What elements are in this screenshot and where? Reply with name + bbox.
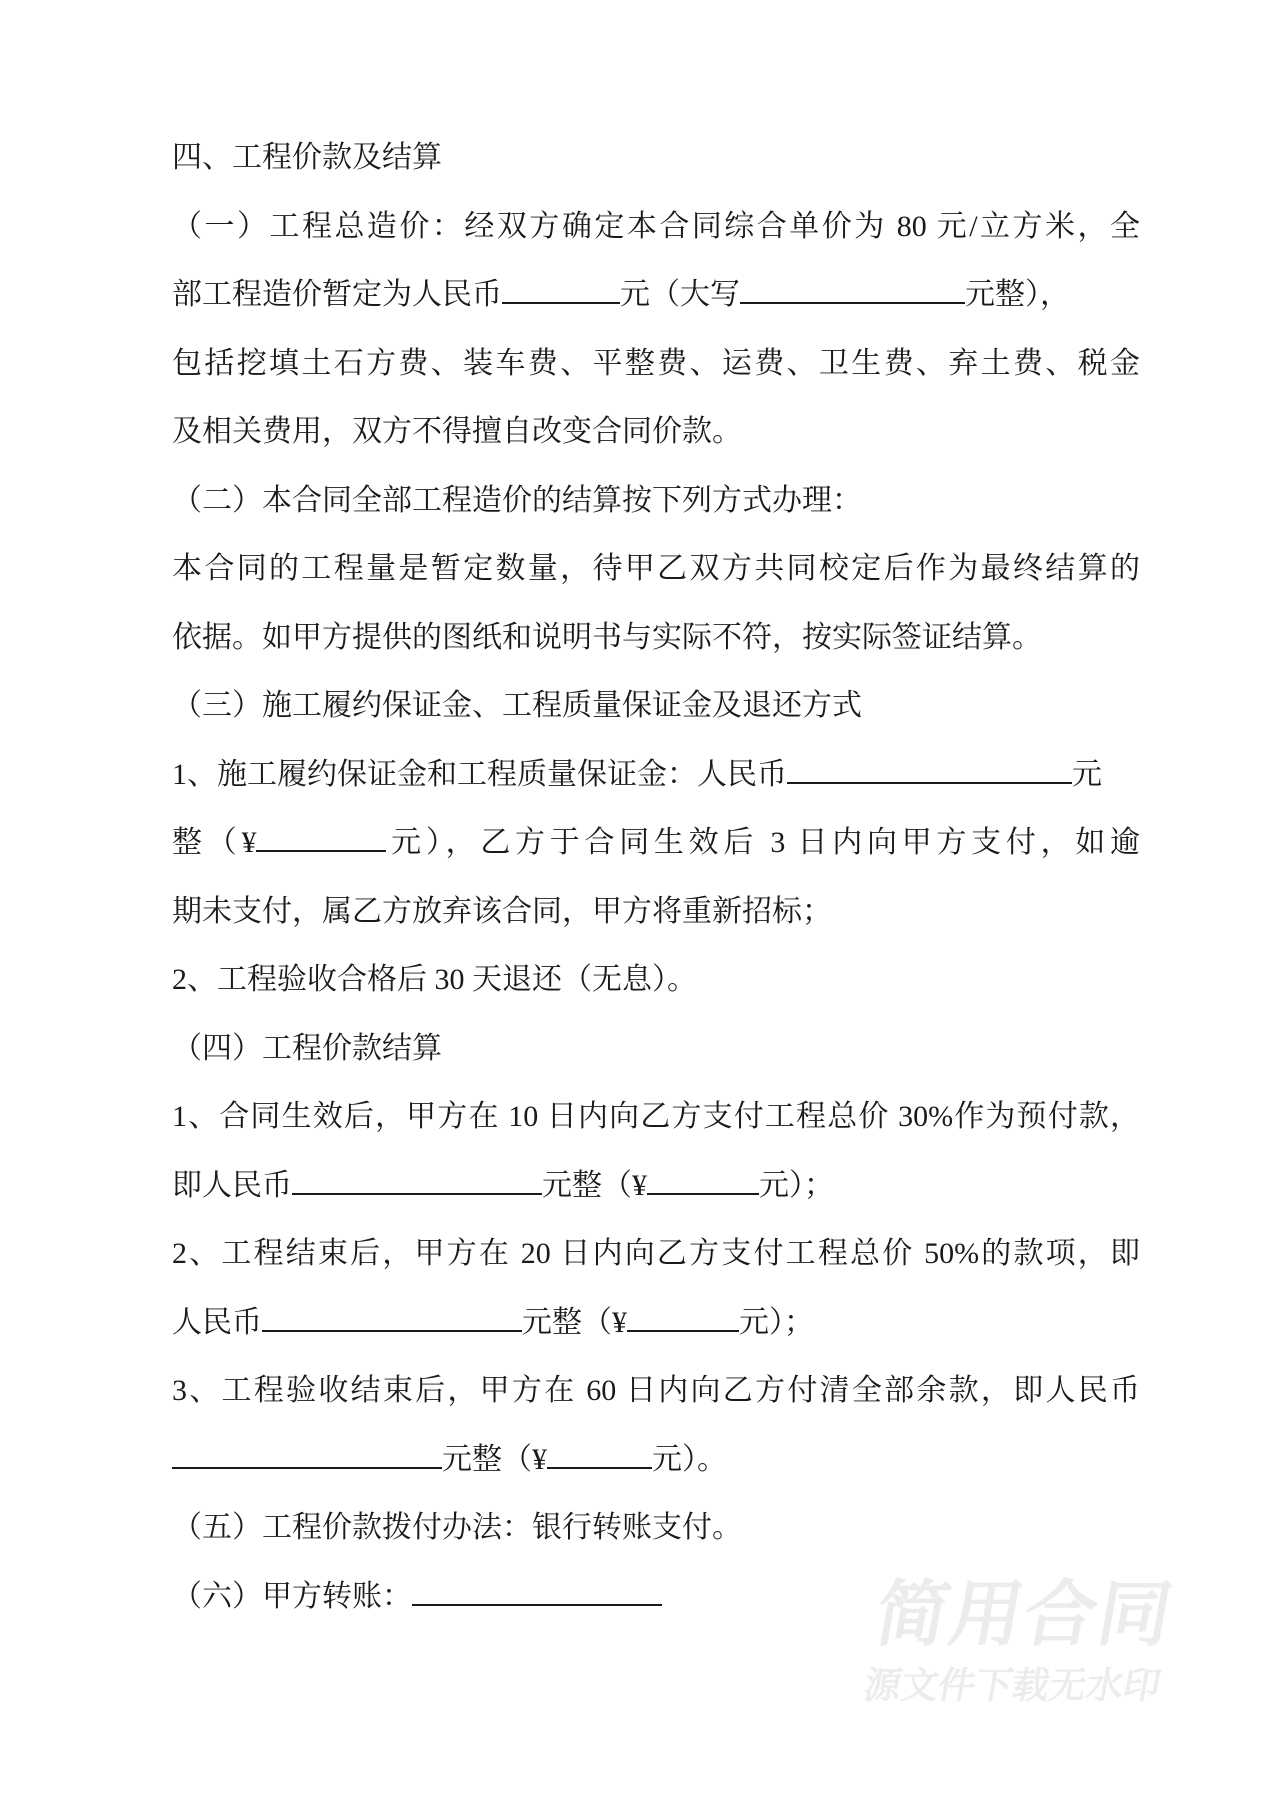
fill-in-blank — [547, 1457, 652, 1469]
document-line: 及相关费用，双方不得擅自改变合同价款。 — [172, 398, 1140, 467]
fill-in-blank — [787, 772, 1072, 784]
text-segment: （六）甲方转账： — [172, 1580, 412, 1613]
document-line: 人民币元整（¥元）； — [172, 1289, 1140, 1358]
fill-in-blank — [172, 1457, 442, 1469]
text-segment: 期未支付，属乙方放弃该合同，甲方将重新招标； — [172, 895, 832, 928]
document-line: （四）工程价款结算 — [172, 1015, 1140, 1084]
document-line: （二）本合同全部工程造价的结算按下列方式办理： — [172, 467, 1140, 536]
watermark-subtitle: 源文件下载无水印 — [861, 1666, 1198, 1706]
text-segment: 1、施工履约保证金和工程质量保证金：人民币 — [172, 758, 787, 791]
text-segment: 1、合同生效后，甲方在 10 日内向乙方支付工程总价 30%作为预付款， — [172, 1100, 1140, 1133]
document-line: （一）工程总造价：经双方确定本合同综合单价为 80 元/立方米，全 — [172, 193, 1140, 262]
text-segment: 本合同的工程量是暂定数量，待甲乙双方共同校定后作为最终结算的 — [172, 552, 1140, 585]
contract-page: 四、工程价款及结算（一）工程总造价：经双方确定本合同综合单价为 80 元/立方米… — [0, 0, 1280, 1810]
text-segment: （一）工程总造价：经双方确定本合同综合单价为 80 元/立方米，全 — [172, 210, 1140, 243]
document-line: 1、施工履约保证金和工程质量保证金：人民币元 — [172, 741, 1140, 810]
text-segment: 包括挖填土石方费、装车费、平整费、运费、卫生费、弃土费、税金 — [172, 347, 1140, 380]
text-segment: （五）工程价款拨付办法：银行转账支付。 — [172, 1511, 742, 1544]
fill-in-blank — [627, 1320, 739, 1332]
fill-in-blank — [412, 1594, 662, 1606]
watermark-title: 简用合同 — [870, 1578, 1213, 1652]
text-segment: 2、工程验收合格后 30 天退还（无息）。 — [172, 963, 697, 996]
text-segment: 部工程造价暂定为人民币 — [172, 278, 502, 311]
document-line: （五）工程价款拨付办法：银行转账支付。 — [172, 1494, 1140, 1563]
document-body: 四、工程价款及结算（一）工程总造价：经双方确定本合同综合单价为 80 元/立方米… — [172, 124, 1140, 1631]
document-line: 本合同的工程量是暂定数量，待甲乙双方共同校定后作为最终结算的 — [172, 535, 1140, 604]
text-segment: 及相关费用，双方不得擅自改变合同价款。 — [172, 415, 742, 448]
text-segment: 元）。 — [652, 1443, 727, 1476]
fill-in-blank — [740, 292, 965, 304]
text-segment: 元整）， — [965, 278, 1070, 311]
document-line: 3、工程验收结束后，甲方在 60 日内向乙方付清全部余款，即人民币 — [172, 1357, 1140, 1426]
document-line: 1、合同生效后，甲方在 10 日内向乙方支付工程总价 30%作为预付款， — [172, 1083, 1140, 1152]
text-segment: （三）施工履约保证金、工程质量保证金及退还方式 — [172, 689, 862, 722]
fill-in-blank — [256, 840, 386, 852]
document-line: 整（¥元），乙方于合同生效后 3 日内向甲方支付，如逾 — [172, 809, 1140, 878]
text-segment: 元（大写 — [620, 278, 740, 311]
fill-in-blank — [292, 1183, 542, 1195]
text-segment: 元整（¥ — [542, 1169, 647, 1202]
text-segment: （四）工程价款结算 — [172, 1032, 442, 1065]
text-segment: 3、工程验收结束后，甲方在 60 日内向乙方付清全部余款，即人民币 — [172, 1374, 1140, 1407]
text-segment: 元）； — [759, 1169, 834, 1202]
document-line: 即人民币元整（¥元）； — [172, 1152, 1140, 1221]
text-segment: 依据。如甲方提供的图纸和说明书与实际不符，按实际签证结算。 — [172, 621, 1042, 654]
text-segment: 元）； — [739, 1306, 814, 1339]
document-line: 依据。如甲方提供的图纸和说明书与实际不符，按实际签证结算。 — [172, 604, 1140, 673]
text-segment: 四、工程价款及结算 — [172, 141, 442, 174]
watermark: 简用合同 源文件下载无水印 — [861, 1578, 1214, 1706]
fill-in-blank — [647, 1183, 759, 1195]
document-line: 期未支付，属乙方放弃该合同，甲方将重新招标； — [172, 878, 1140, 947]
document-line: 2、工程验收合格后 30 天退还（无息）。 — [172, 946, 1140, 1015]
text-segment: 即人民币 — [172, 1169, 292, 1202]
text-segment: 元），乙方于合同生效后 3 日内向甲方支付，如逾 — [386, 826, 1140, 859]
text-segment: 人民币 — [172, 1306, 262, 1339]
text-segment: （二）本合同全部工程造价的结算按下列方式办理： — [172, 484, 862, 517]
text-segment: 整（¥ — [172, 826, 256, 859]
document-line: 四、工程价款及结算 — [172, 124, 1140, 193]
text-segment: 元整（¥ — [442, 1443, 547, 1476]
document-line: 部工程造价暂定为人民币元（大写元整）， — [172, 261, 1140, 330]
fill-in-blank — [262, 1320, 522, 1332]
document-line: 包括挖填土石方费、装车费、平整费、运费、卫生费、弃土费、税金 — [172, 330, 1140, 399]
document-line: （三）施工履约保证金、工程质量保证金及退还方式 — [172, 672, 1140, 741]
document-line: 元整（¥元）。 — [172, 1426, 1140, 1495]
fill-in-blank — [502, 292, 620, 304]
text-segment: 元整（¥ — [522, 1306, 627, 1339]
text-segment: 元 — [1072, 758, 1102, 791]
document-line: 2、工程结束后，甲方在 20 日内向乙方支付工程总价 50%的款项，即 — [172, 1220, 1140, 1289]
text-segment: 2、工程结束后，甲方在 20 日内向乙方支付工程总价 50%的款项，即 — [172, 1237, 1140, 1270]
